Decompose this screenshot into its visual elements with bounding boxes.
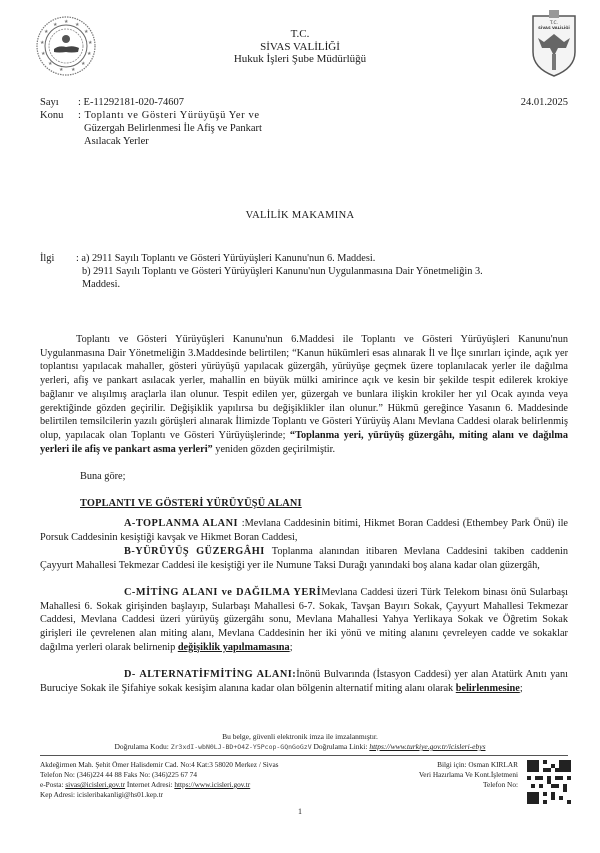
item-c-emphasis: değişiklik yapılmamasına [178, 642, 290, 653]
e-signature-block: Bu belge, güvenli elektronik imza ile im… [0, 732, 600, 752]
footer-divider [40, 755, 568, 756]
header-tc: T.C. [0, 28, 600, 41]
verification-link-label: Doğrulama Linki: [312, 742, 370, 751]
paragraph-text: Toplantı ve Gösteri Yürüyüşleri Kanunu'n… [40, 334, 568, 441]
document-date: 24.01.2025 [521, 97, 568, 110]
contact-person: Bilgi için: Osman KIRLAR [419, 760, 518, 770]
sivas-valiligi-crest-icon: T.C. SİVAS VALİLİĞİ [530, 8, 578, 78]
body-paragraph-1: Toplantı ve Gösteri Yürüyüşleri Kanunu'n… [40, 333, 568, 456]
email-label: e-Posta: [40, 780, 65, 789]
item-c-title: C-MİTİNG ALANI ve DAĞILMA YERİ [124, 587, 321, 598]
page-number: 1 [298, 807, 302, 816]
ilgi-b-line-2: Maddesi. [82, 278, 120, 291]
web-label: İnternet Adresi: [125, 780, 174, 789]
svg-text:SİVAS VALİLİĞİ: SİVAS VALİLİĞİ [538, 25, 570, 30]
buna-gore: Buna göre; [80, 470, 600, 484]
section-title: TOPLANTI VE GÖSTERİ YÜRÜYÜŞÜ ALANI [80, 497, 600, 511]
signature-note: Bu belge, güvenli elektronik imza ile im… [0, 732, 600, 742]
footer-address: Akdeğirmen Mah. Şehit Ömer Halisdemir Ca… [40, 760, 360, 770]
konu-line-1: : Toplantı ve Gösteri Yürüyüşü Yer ve [78, 110, 260, 123]
item-d-title: D- ALTERNATİFMİTİNG ALANI: [124, 669, 296, 680]
item-a-title: A-TOPLANMA ALANI [124, 518, 242, 529]
document-meta: Sayı : E-11292181-020-74607 24.01.2025 K… [40, 97, 568, 149]
qr-code-icon [527, 760, 571, 804]
sayi-label: Sayı [40, 97, 76, 110]
svg-text:★: ★ [64, 19, 69, 25]
header-governorship: SİVAS VALİLİĞİ [0, 41, 600, 54]
contact-title: Veri Hazırlama Ve Kont.İşletmeni [419, 770, 518, 780]
ilgi-a: : a) 2911 Sayılı Toplantı ve Gösteri Yür… [76, 252, 375, 265]
item-c-miting-alani: C-MİTİNG ALANI ve DAĞILMA YERİMevlana Ca… [40, 586, 568, 655]
item-d-end: ; [520, 683, 523, 694]
website-link[interactable]: https://www.icisleri.gov.tr [174, 780, 250, 789]
ilgi-b-line-1: b) 2911 Sayılı Toplantı ve Gösteri Yürüy… [82, 265, 483, 278]
verification-link[interactable]: https://www.turkiye.gov.tr/icisleri-ebys [369, 742, 485, 751]
svg-text:★: ★ [71, 67, 76, 73]
contact-info: Bilgi için: Osman KIRLAR Veri Hazırlama … [419, 760, 518, 790]
item-d-alternatif-miting-alani: D- ALTERNATİFMİTİNG ALANI:İnönü Bulvarın… [40, 668, 568, 695]
contact-phone: Telefon No: [419, 780, 518, 790]
verification-code-label: Doğrulama Kodu: [114, 742, 170, 751]
verification-code: Zr3xdI-wbN0LJ-BD+O4Z-Y5Pcop-GQnGoGzV [171, 743, 312, 751]
item-a-toplanma-alani: A-TOPLANMA ALANI :Mevlana Caddesinin bit… [40, 517, 568, 544]
item-b-title: B-YÜRÜYÜŞ GÜZERGÂHI [124, 546, 272, 557]
konu-line-3: Asılacak Yerler [84, 136, 149, 149]
item-b-yuruyus-guzergahi: B-YÜRÜYÜŞ GÜZERGÂHI Toplanma alanından i… [40, 545, 568, 572]
letterhead: T.C. SİVAS VALİLİĞİ Hukuk İşleri Şube Mü… [0, 28, 600, 66]
svg-text:★: ★ [59, 67, 64, 73]
footer-kep: Kep Adresi: icisleribakanligi@hs01.kep.t… [40, 790, 360, 800]
item-b-text: Toplanma alanından itibaren Mevlana Cadd… [40, 546, 568, 571]
item-c-end: ; [290, 642, 293, 653]
konu-label: Konu [40, 110, 76, 123]
ilgi-label: İlgi [40, 252, 54, 265]
addressee: VALİLİK MAKAMINA [0, 210, 600, 221]
paragraph-end: yeniden gözden geçirilmiştir. [213, 444, 335, 455]
header-department: Hukuk İşleri Şube Müdürlüğü [0, 53, 600, 66]
item-a-text: :Mevlana Caddesinin bitimi, Hikmet Boran… [40, 518, 568, 543]
konu-line-2: Güzergah Belirlenmesi İle Afiş ve Pankar… [84, 123, 262, 136]
footer-phone: Telefon No: (346)224 44 88 Faks No: (346… [40, 770, 360, 780]
footer-address-block: Akdeğirmen Mah. Şehit Ömer Halisdemir Ca… [40, 760, 360, 800]
item-d-emphasis: belirlenmesine [456, 683, 520, 694]
email-link[interactable]: sivas@icisleri.gov.tr [65, 780, 125, 789]
sayi-value: : E-11292181-020-74607 [78, 97, 184, 110]
